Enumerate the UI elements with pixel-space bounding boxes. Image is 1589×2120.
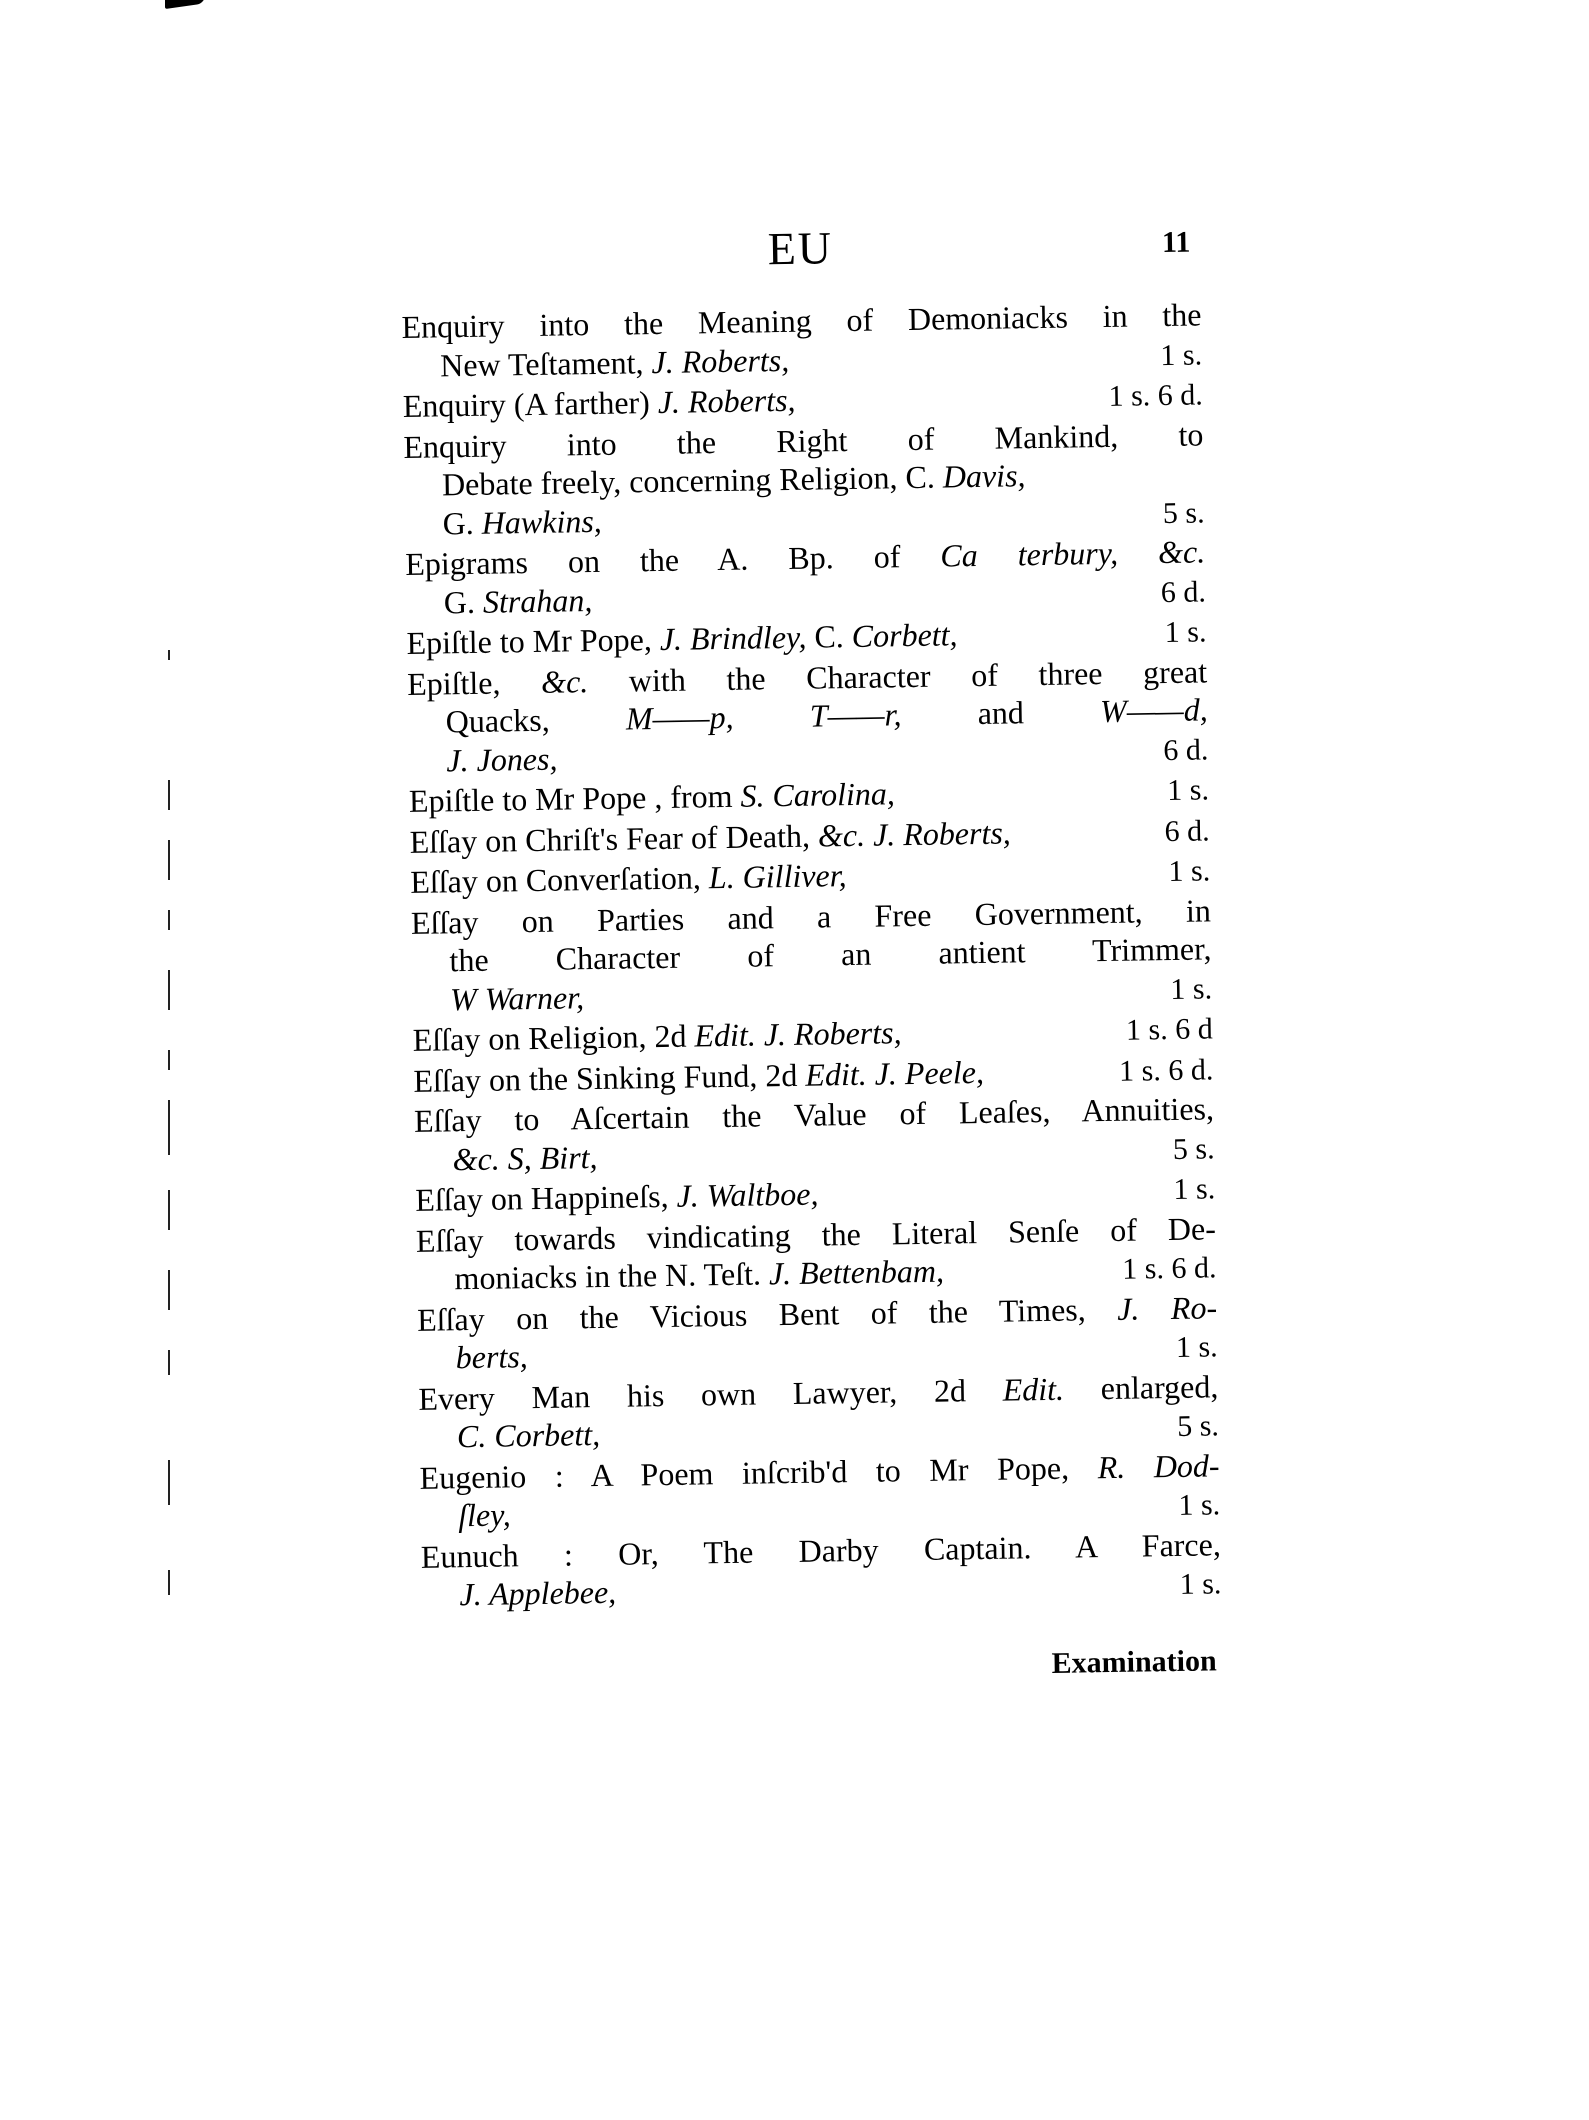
roman-text: Eſſay on the Sinking Fund, 2d [413, 1056, 806, 1098]
roman-text: and [901, 693, 1100, 732]
italic-text: R. Dod- [1097, 1447, 1219, 1485]
italic-text: Edit. [1002, 1370, 1064, 1407]
italic-text: J. Applebee, [459, 1574, 616, 1612]
entry-price: 1 s. [1156, 970, 1212, 1009]
catalogue-entry: Eſſay on the Vicious Bent of the Times, … [417, 1288, 1218, 1380]
entry-price: 6 d. [1149, 731, 1209, 770]
italic-text: Edit. J. Roberts, [694, 1014, 902, 1053]
roman-text: G. [442, 504, 482, 541]
italic-text: J. Bettenbam, [769, 1253, 945, 1292]
roman-text: Eſſay on Chriſt's Fear of Death, [409, 817, 818, 859]
catalogue-entry: Every Man his own Lawyer, 2d Edit. enlar… [418, 1367, 1219, 1459]
italic-text: Ca terbury, &c. [940, 533, 1205, 573]
italic-text: Corbett, [851, 616, 957, 654]
entry-price: 1 s. [1150, 613, 1206, 652]
entry-price: 6 d. [1150, 812, 1210, 851]
catalogue-entry: Eſſay to Aſcertain the Value of Leaſes, … [414, 1089, 1215, 1181]
roman-text: Eſſay on Happineſs, [415, 1178, 677, 1218]
roman-text: Quacks, [445, 701, 626, 740]
catalogue-entry: Enquiry into the Right of Mankind, toDeb… [403, 415, 1205, 545]
entry-price: 1 s. [1146, 336, 1202, 375]
entry-price: 1 s. [1165, 1565, 1221, 1604]
roman-text: G. [444, 583, 484, 620]
catalogue-entry: Epigrams on the A. Bp. of Ca terbury, &c… [405, 532, 1206, 624]
catalogue-entry: Eſſay on Parties and a Free Government, … [411, 891, 1213, 1021]
scan-corner-mark [165, 0, 205, 9]
entry-price: 1 s. [1159, 1170, 1215, 1209]
entry-price: 1 s. 6 d [1112, 1010, 1213, 1050]
italic-text: ſley, [458, 1496, 511, 1533]
entry-price: 1 s. 6 d. [1094, 376, 1203, 416]
entry-price: 5 s. [1149, 494, 1205, 533]
running-head: EU [400, 215, 1201, 281]
italic-text: &c. J. Roberts, [818, 814, 1011, 853]
catalogue-entries: Enquiry into the Meaning of Demoniacks i… [401, 295, 1221, 1616]
scan-margin-marks [168, 450, 188, 1650]
roman-text: Epiſtle, [407, 663, 542, 701]
italic-text: J. Jones, [446, 740, 558, 778]
italic-text: &c. [541, 663, 589, 700]
italic-text: Strahan, [483, 582, 593, 620]
roman-text: Eſſay on Converſation, [410, 859, 709, 900]
italic-text: J. Waltboe, [676, 1176, 818, 1214]
catchword: Examination [422, 1644, 1222, 1691]
italic-text: J. Roberts, [657, 382, 795, 420]
book-page: EU 11 Enquiry into the Meaning of Demoni… [400, 215, 1223, 1690]
italic-text: W——d, [1100, 691, 1208, 729]
roman-text: Debate freely, concerning Religion, C. [442, 459, 943, 503]
entry-price: 5 s. [1163, 1407, 1219, 1446]
roman-text: Eſſay on Religion, 2d [412, 1017, 694, 1057]
italic-text: J. Brindley, [660, 619, 807, 657]
italic-text: M——p, T——r, [626, 696, 902, 736]
entry-price: 6 d. [1147, 573, 1207, 612]
roman-text: Epigrams on the A. Bp. of [405, 538, 941, 582]
italic-text: C. Corbett, [457, 1416, 601, 1454]
italic-text: J. Roberts, [651, 341, 789, 379]
entry-price: 1 s. [1162, 1328, 1218, 1367]
italic-text: berts, [455, 1338, 528, 1375]
italic-text: L. Gilliver, [709, 857, 847, 895]
catalogue-entry: Enquiry into the Meaning of Demoniacks i… [401, 295, 1202, 387]
entry-price: 1 s. [1154, 852, 1210, 891]
italic-text: S. Carolina, [740, 775, 895, 813]
catalogue-entry: Eugenio : A Poem inſcrib'd to Mr Pope, R… [419, 1446, 1220, 1538]
italic-text: Hawkins, [481, 502, 602, 540]
roman-text: Epiſtle to Mr Pope , from [409, 778, 741, 819]
italic-text: Davis, [943, 457, 1026, 494]
page-header: EU 11 [400, 215, 1201, 298]
entry-price: 5 s. [1159, 1130, 1215, 1169]
page-number: 11 [1162, 226, 1191, 260]
roman-text: New Teſtament, [440, 344, 652, 383]
roman-text: moniacks in the N. Teſt. [454, 1255, 769, 1296]
entry-price: 1 s. 6 d. [1108, 1249, 1217, 1289]
roman-text: Epiſtle to Mr Pope, [406, 621, 660, 661]
entry-price: 1 s. [1164, 1486, 1220, 1525]
italic-text: W Warner, [450, 979, 584, 1017]
roman-text: Enquiry (A farther) [403, 384, 659, 424]
catalogue-entry: Eſſay towards vindicating the Literal Se… [416, 1209, 1217, 1301]
italic-text: &c. S, Birt, [452, 1139, 597, 1177]
catalogue-entry: Epiſtle, &c. with the Character of three… [407, 652, 1209, 782]
italic-text: Edit. J. Peele, [805, 1053, 984, 1092]
catalogue-entry: Eunuch : Or, The Darby Captain. A Farce,… [421, 1525, 1222, 1617]
entry-price: 1 s. [1153, 771, 1209, 810]
roman-text: C. [806, 618, 852, 655]
entry-price: 1 s. 6 d. [1105, 1051, 1214, 1091]
roman-text: enlarged, [1064, 1368, 1219, 1406]
italic-text: J. Ro- [1117, 1289, 1217, 1327]
